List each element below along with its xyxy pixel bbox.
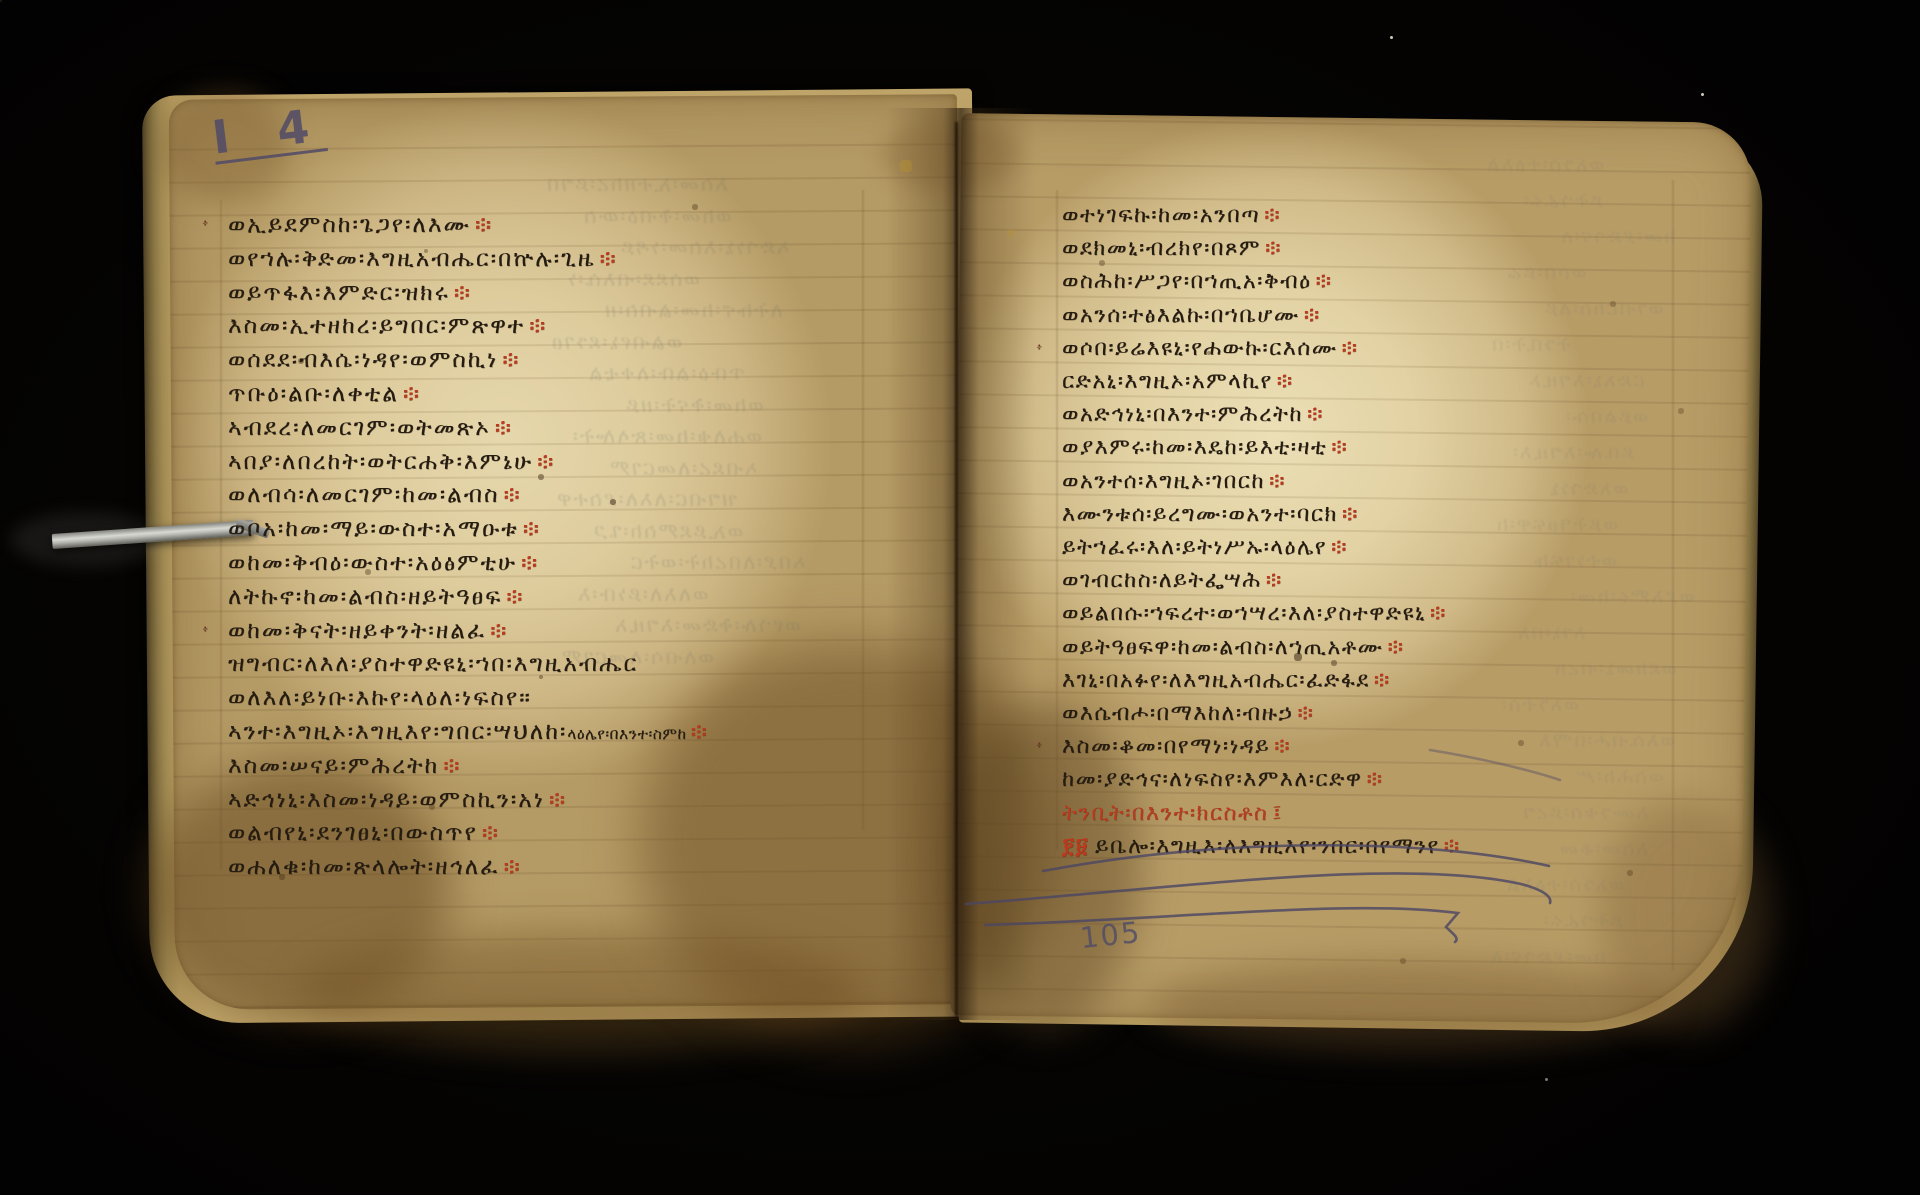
pencil-scribbles (0, 0, 1920, 1195)
photo-background: ፥ወኢይደምስከ፡ጌጋየ፡ለእሙ፨ወየኀሉ፡ቅድመ፡እግዚአብሔር፡በኵሉ፡ጊዜ… (0, 0, 1920, 1195)
